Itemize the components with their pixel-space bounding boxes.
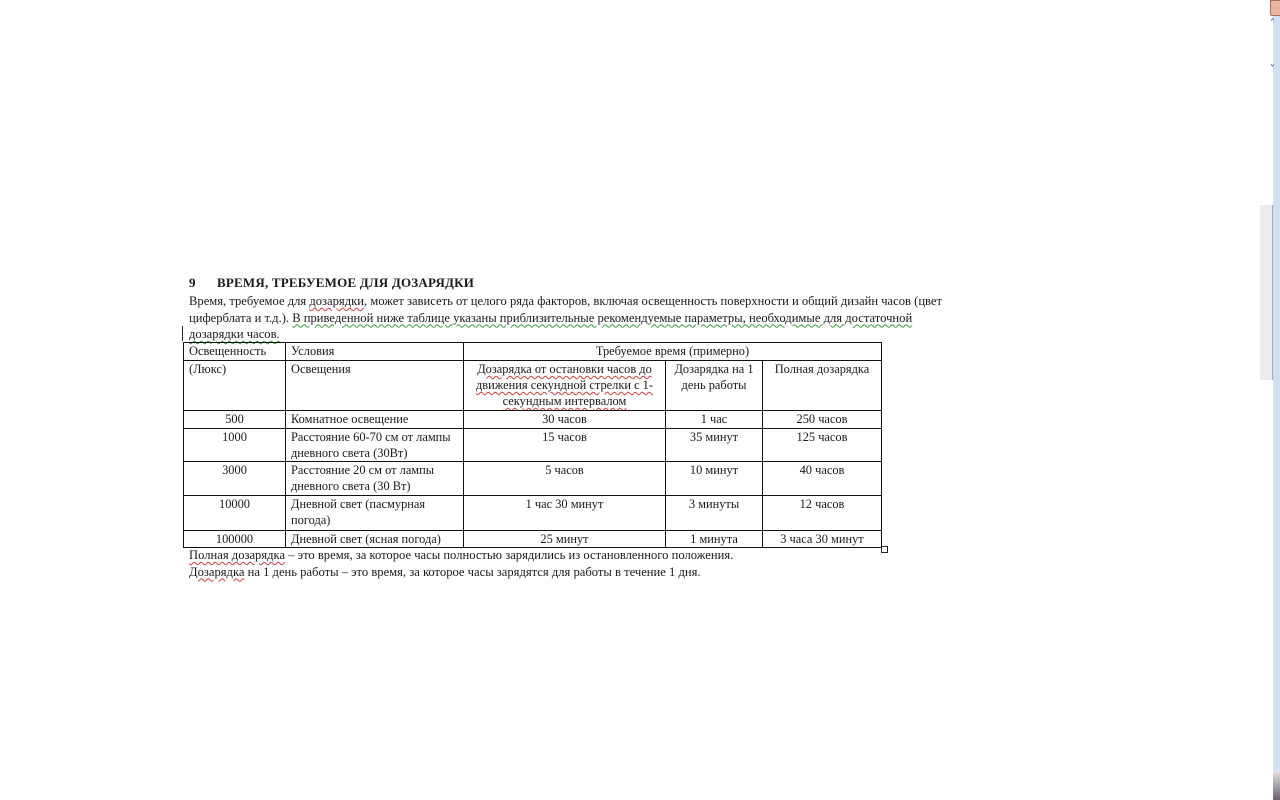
table-row: 1000 Расстояние 60-70 см от лампы дневно…	[184, 429, 882, 462]
cell-conditions[interactable]: Дневной свет (пасмурная погода)	[286, 496, 464, 531]
table-row: 100000 Дневной свет (ясная погода) 25 ми…	[184, 531, 882, 548]
scroll-bottom-button[interactable]	[1273, 770, 1280, 800]
scroll-down-icon[interactable]: ˅	[1270, 64, 1275, 75]
document-page: 9ВРЕМЯ, ТРЕБУЕМОЕ ДЛЯ ДОЗАРЯДКИ Время, т…	[0, 0, 1258, 800]
cell-lux[interactable]: 10000	[184, 496, 286, 531]
cell-to-second-hand[interactable]: 30 часов	[464, 411, 666, 429]
table-notes: Полная дозарядка – это время, за которое…	[189, 547, 733, 580]
header-lighting[interactable]: Освещения	[286, 361, 464, 411]
cell-conditions[interactable]: Дневной свет (ясная погода)	[286, 531, 464, 548]
cell-one-day[interactable]: 1 час	[666, 411, 763, 429]
header-full-charge-text: Полная дозарядка	[775, 362, 870, 376]
table-row: 500 Комнатное освещение 30 часов 1 час 2…	[184, 411, 882, 429]
cell-one-day[interactable]: 10 минут	[666, 462, 763, 496]
ruler-toggle-button[interactable]	[1270, 0, 1280, 16]
note-one-day: Дозарядка на 1 день работы – это время, …	[189, 564, 733, 581]
scrollbar-thumb[interactable]	[1260, 205, 1273, 380]
note-term: Дозарядка	[189, 565, 244, 579]
header-conditions[interactable]: Условия	[286, 343, 464, 361]
intro-text-1: Время, требуемое для	[189, 294, 309, 308]
scrollbar-track[interactable]	[1273, 0, 1280, 800]
cell-one-day[interactable]: 35 минут	[666, 429, 763, 462]
spelling-flagged-word: дозарядки	[309, 294, 364, 308]
cell-full[interactable]: 250 часов	[763, 411, 882, 429]
cell-conditions[interactable]: Комнатное освещение	[286, 411, 464, 429]
header-illuminance[interactable]: Освещенность	[184, 343, 286, 361]
text-cursor	[182, 326, 183, 341]
note-term: Полная дозарядка	[189, 548, 285, 562]
cell-to-second-hand[interactable]: 15 часов	[464, 429, 666, 462]
table-row: 3000 Расстояние 20 см от лампы дневного …	[184, 462, 882, 496]
header-full-charge[interactable]: Полная дозарядка	[763, 361, 882, 411]
cell-lux[interactable]: 500	[184, 411, 286, 429]
table-resize-handle[interactable]	[881, 546, 888, 553]
grammar-flagged-sentence: В приведенной ниже таблице указаны прибл…	[189, 311, 912, 342]
cell-lux[interactable]: 100000	[184, 531, 286, 548]
header-lux[interactable]: (Люкс)	[184, 361, 286, 411]
table-header-row: Освещенность Условия Требуемое время (пр…	[184, 343, 882, 361]
cell-to-second-hand[interactable]: 1 час 30 минут	[464, 496, 666, 531]
cell-to-second-hand[interactable]: 5 часов	[464, 462, 666, 496]
table-row: 10000 Дневной свет (пасмурная погода) 1 …	[184, 496, 882, 531]
cell-conditions[interactable]: Расстояние 20 см от лампы дневного света…	[286, 462, 464, 496]
cell-one-day[interactable]: 1 минута	[666, 531, 763, 548]
section-title: ВРЕМЯ, ТРЕБУЕМОЕ ДЛЯ ДОЗАРЯДКИ	[217, 275, 474, 290]
scroll-up-icon[interactable]: ˄	[1270, 18, 1275, 29]
note-text: на 1 день работы – это время, за которое…	[244, 565, 700, 579]
cell-full[interactable]: 12 часов	[763, 496, 882, 531]
header-to-second-hand-text: Дозарядка от остановки часов до движения…	[476, 362, 653, 408]
note-full-charge: Полная дозарядка – это время, за которое…	[189, 547, 733, 564]
section-heading: 9ВРЕМЯ, ТРЕБУЕМОЕ ДЛЯ ДОЗАРЯДКИ	[189, 275, 949, 291]
cell-lux[interactable]: 1000	[184, 429, 286, 462]
cell-conditions[interactable]: Расстояние 60-70 см от лампы дневного св…	[286, 429, 464, 462]
vertical-scrollbar[interactable]: ˄ ˅	[1258, 0, 1280, 800]
header-one-day-text: Дозарядка на 1 день работы	[674, 362, 753, 392]
recharge-time-table[interactable]: Освещенность Условия Требуемое время (пр…	[183, 342, 882, 548]
table-subheader-row: (Люкс) Освещения Дозарядка от остановки …	[184, 361, 882, 411]
header-required-time[interactable]: Требуемое время (примерно)	[464, 343, 882, 361]
section-number: 9	[189, 275, 217, 291]
cell-full[interactable]: 40 часов	[763, 462, 882, 496]
cell-full[interactable]: 3 часа 30 минут	[763, 531, 882, 548]
cell-one-day[interactable]: 3 минуты	[666, 496, 763, 531]
intro-paragraph: Время, требуемое для дозарядки, может за…	[189, 293, 954, 343]
cell-full[interactable]: 125 часов	[763, 429, 882, 462]
cell-to-second-hand[interactable]: 25 минут	[464, 531, 666, 548]
section-block: 9ВРЕМЯ, ТРЕБУЕМОЕ ДЛЯ ДОЗАРЯДКИ Время, т…	[189, 275, 949, 343]
header-one-day[interactable]: Дозарядка на 1 день работы	[666, 361, 763, 411]
note-text: – это время, за которое часы полностью з…	[285, 548, 733, 562]
cell-lux[interactable]: 3000	[184, 462, 286, 496]
header-to-second-hand[interactable]: Дозарядка от остановки часов до движения…	[464, 361, 666, 411]
